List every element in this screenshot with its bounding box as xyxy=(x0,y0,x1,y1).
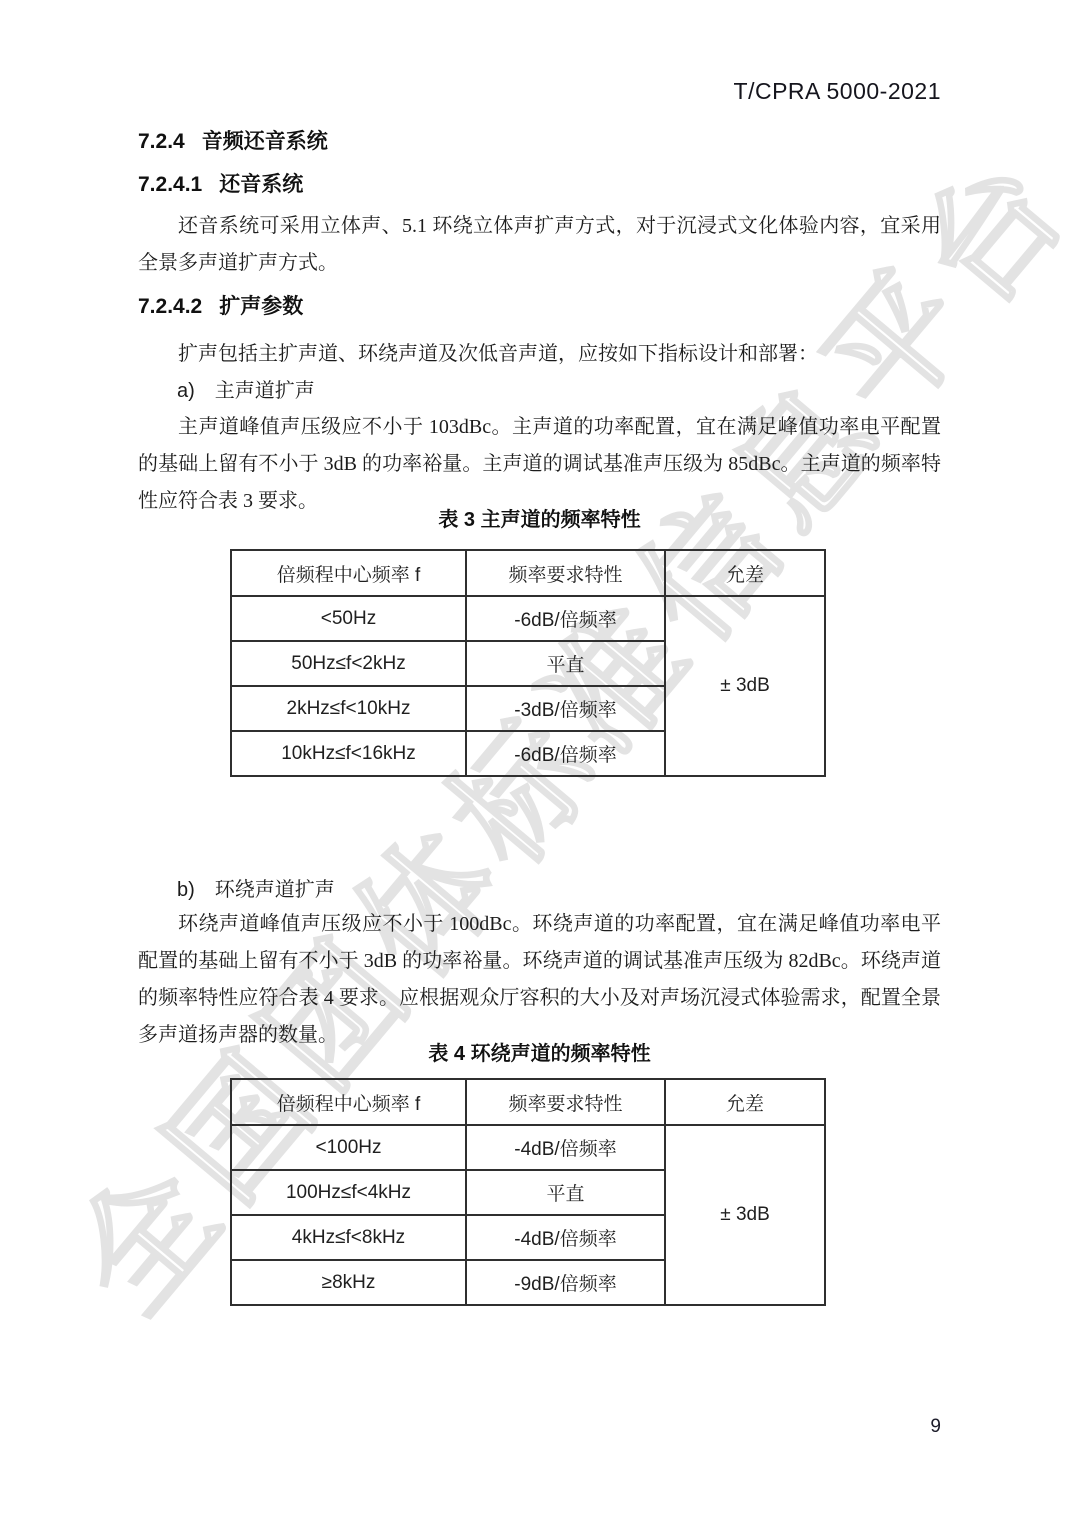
list-item-a: a)主声道扩声 xyxy=(138,373,941,410)
cell-frequency-range: 2kHz≤f<10kHz xyxy=(231,686,466,731)
cell-characteristic: -4dB/倍频率 xyxy=(466,1215,665,1260)
table-row: <100Hz -4dB/倍频率 ± 3dB xyxy=(231,1125,825,1170)
table-row: <50Hz -6dB/倍频率 ± 3dB xyxy=(231,596,825,641)
section-number: 7.2.4.2 xyxy=(138,295,202,318)
cell-tolerance: ± 3dB xyxy=(665,596,825,776)
cell-characteristic: -4dB/倍频率 xyxy=(466,1125,665,1170)
cell-tolerance: ± 3dB xyxy=(665,1125,825,1305)
list-item-label: 主声道扩声 xyxy=(215,380,315,402)
col-header-octave-center-frequency: 倍频程中心频率 f xyxy=(231,550,466,596)
section-title: 还音系统 xyxy=(219,173,303,196)
cell-characteristic: 平直 xyxy=(466,641,665,686)
cell-characteristic: -6dB/倍频率 xyxy=(466,731,665,776)
section-heading-7242: 7.2.4.2扩声参数 xyxy=(138,295,941,319)
section-number: 7.2.4 xyxy=(138,130,185,153)
paragraph-main-channel: 主声道峰值声压级应不小于 103dBc。主声道的功率配置，宜在满足峰值功率电平配… xyxy=(138,409,941,520)
table-header-row: 倍频程中心频率 f 频率要求特性 允差 xyxy=(231,550,825,596)
page-number: 9 xyxy=(930,1416,941,1438)
cell-frequency-range: 100Hz≤f<4kHz xyxy=(231,1170,466,1215)
table4-caption: 表 4 环绕声道的频率特性 xyxy=(138,1042,941,1066)
section-title: 扩声参数 xyxy=(219,295,303,318)
col-header-tolerance: 允差 xyxy=(665,1079,825,1125)
col-header-frequency-requirement: 频率要求特性 xyxy=(466,550,665,596)
list-item-b: b)环绕声道扩声 xyxy=(138,872,941,909)
standard-number-header: T/CPRA 5000-2021 xyxy=(734,78,941,104)
paragraph-surround-channel: 环绕声道峰值声压级应不小于 100dBc。环绕声道的功率配置，宜在满足峰值功率电… xyxy=(138,906,941,1054)
list-item-marker: b) xyxy=(177,879,195,901)
table-header-row: 倍频程中心频率 f 频率要求特性 允差 xyxy=(231,1079,825,1125)
col-header-tolerance: 允差 xyxy=(665,550,825,596)
table3-main-channel-frequency: 倍频程中心频率 f 频率要求特性 允差 <50Hz -6dB/倍频率 ± 3dB… xyxy=(230,549,826,777)
cell-characteristic: -3dB/倍频率 xyxy=(466,686,665,731)
section-title: 音频还音系统 xyxy=(202,130,328,153)
list-item-label: 环绕声道扩声 xyxy=(215,879,335,901)
list-item-marker: a) xyxy=(177,380,195,402)
cell-frequency-range: 50Hz≤f<2kHz xyxy=(231,641,466,686)
table4-surround-channel-frequency: 倍频程中心频率 f 频率要求特性 允差 <100Hz -4dB/倍频率 ± 3d… xyxy=(230,1078,826,1306)
paragraph-expansion-intro: 扩声包括主扩声道、环绕声道及次低音声道，应按如下指标设计和部署： xyxy=(138,336,941,373)
cell-characteristic: 平直 xyxy=(466,1170,665,1215)
section-number: 7.2.4.1 xyxy=(138,173,202,196)
cell-frequency-range: <100Hz xyxy=(231,1125,466,1170)
col-header-octave-center-frequency: 倍频程中心频率 f xyxy=(231,1079,466,1125)
cell-frequency-range: 4kHz≤f<8kHz xyxy=(231,1215,466,1260)
cell-characteristic: -9dB/倍频率 xyxy=(466,1260,665,1305)
section-heading-7241: 7.2.4.1还音系统 xyxy=(138,173,941,197)
cell-frequency-range: ≥8kHz xyxy=(231,1260,466,1305)
cell-frequency-range: <50Hz xyxy=(231,596,466,641)
table3-caption: 表 3 主声道的频率特性 xyxy=(138,508,941,532)
document-page: 全国团体标准信息平台 T/CPRA 5000-2021 7.2.4音频还音系统 … xyxy=(0,0,1080,1528)
paragraph-sound-reproduction: 还音系统可采用立体声、5.1 环绕立体声扩声方式，对于沉浸式文化体验内容，宜采用… xyxy=(138,208,941,282)
cell-characteristic: -6dB/倍频率 xyxy=(466,596,665,641)
section-heading-724: 7.2.4音频还音系统 xyxy=(138,130,941,154)
col-header-frequency-requirement: 频率要求特性 xyxy=(466,1079,665,1125)
cell-frequency-range: 10kHz≤f<16kHz xyxy=(231,731,466,776)
